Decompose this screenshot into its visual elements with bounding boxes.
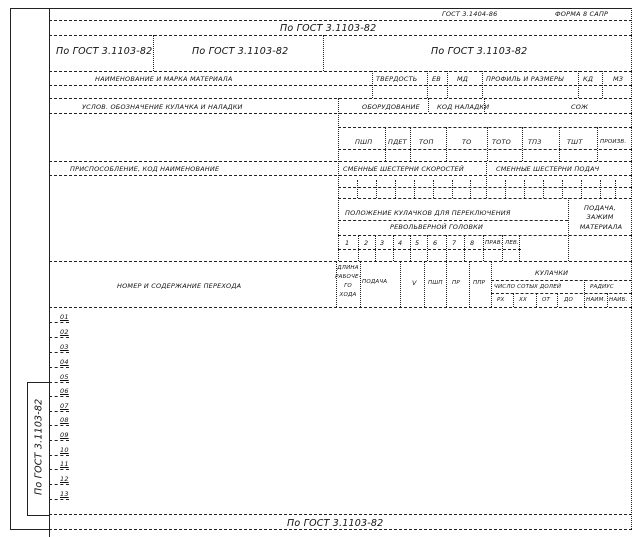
- col-profile: ПРОФИЛЬ И РАЗМЕРЫ: [486, 76, 564, 83]
- divider: [424, 261, 425, 307]
- stroke-length-4: ХОДА: [336, 293, 360, 299]
- divider: [49, 307, 632, 308]
- divider: [338, 249, 521, 250]
- divider: [600, 180, 601, 198]
- row-line: [49, 337, 69, 338]
- divider: [597, 127, 598, 161]
- radius-max: НАИБ.: [609, 298, 628, 304]
- radius-label: РАДИУС: [590, 285, 614, 291]
- row-line: [49, 469, 69, 470]
- row-13: 13: [60, 491, 69, 498]
- pos-left: ЛЕВ.: [505, 241, 519, 247]
- divider: [536, 293, 537, 307]
- divider: [376, 180, 377, 198]
- divider: [375, 235, 376, 261]
- divider: [519, 235, 520, 261]
- divider: [557, 293, 558, 307]
- pos-right: ПРАВ.: [485, 241, 503, 247]
- side-stamp: По ГОСТ 3.1103-82: [34, 388, 44, 506]
- divider: [469, 261, 470, 307]
- divider: [505, 180, 506, 198]
- footer-label: По ГОСТ 3.1103-82: [287, 519, 383, 529]
- divider: [446, 261, 447, 307]
- row-line: [49, 322, 69, 323]
- divider: [581, 180, 582, 198]
- row-line: [49, 455, 69, 456]
- header-cell-c: По ГОСТ 3.1103-82: [431, 47, 527, 57]
- speed-gears-label: СМЕННЫЕ ШЕСТЕРНИ СКОРОСТЕЙ: [343, 166, 464, 173]
- divider: [400, 261, 401, 307]
- divider: [559, 127, 560, 161]
- equipment-label: ОБОРУДОВАНИЕ: [362, 104, 420, 111]
- divider: [410, 127, 411, 161]
- pos-7: 7: [452, 240, 456, 247]
- form-label: ФОРМА 8 САПР: [555, 11, 608, 18]
- right-border: [631, 8, 632, 529]
- divider: [323, 35, 324, 71]
- divider: [446, 127, 447, 161]
- row-line: [49, 382, 69, 383]
- divider: [49, 175, 632, 176]
- divider: [49, 85, 632, 86]
- cam-position-line2: РЕВОЛЬВЕРНОЙ ГОЛОВКИ: [390, 224, 483, 231]
- feed-clamp-3: МАТЕРИАЛА: [572, 224, 630, 231]
- row-line: [49, 396, 69, 397]
- col-md: МД: [457, 76, 468, 83]
- row-08: 08: [60, 417, 69, 424]
- col-hardness: ТВЕРДОСТЬ: [376, 76, 417, 83]
- standard-code: ГОСТ 3.1404-86: [442, 11, 497, 18]
- row-line: [49, 425, 69, 426]
- outer-frame-left: [10, 8, 11, 529]
- divider: [49, 514, 632, 515]
- divider: [464, 235, 465, 261]
- row-line: [49, 367, 69, 368]
- coolant-label: СОЖ: [571, 104, 588, 111]
- cam-position-line1: ПОЛОЖЕНИЕ КУЛАЧКОВ ДЛЯ ПЕРЕКЛЮЧЕНИЯ: [345, 210, 511, 217]
- hundredths-label: ЧИСЛО СОТЫХ ДОЛЕЙ: [494, 285, 561, 291]
- pos-1: 1: [345, 240, 349, 247]
- pshp-label: ПШП: [428, 281, 443, 287]
- header-cell-b: По ГОСТ 3.1103-82: [192, 47, 288, 57]
- col-mz: МЗ: [613, 76, 623, 83]
- radius-min: НАИМ.: [586, 298, 606, 304]
- col-kd: КД: [583, 76, 593, 83]
- divider: [49, 161, 632, 162]
- col-top: ТОП: [419, 139, 434, 146]
- fixture-label: ПРИСПОСОБЛЕНИЕ, КОД НАИМЕНОВАНИЕ: [70, 166, 219, 173]
- divider: [487, 127, 488, 161]
- stroke-length-2: РАБОЧЕ-: [334, 275, 362, 281]
- divider: [153, 35, 154, 71]
- divider: [491, 280, 632, 281]
- row-03: 03: [60, 344, 69, 351]
- divider: [446, 235, 447, 261]
- divider: [414, 180, 415, 198]
- material-label: НАИМЕНОВАНИЕ И МАРКА МАТЕРИАЛА: [95, 76, 232, 83]
- col-pshp: ПШП: [355, 139, 372, 146]
- header-cell-a: По ГОСТ 3.1103-82: [56, 47, 152, 57]
- row-09: 09: [60, 432, 69, 439]
- feed-label: ПОДАЧА: [362, 280, 387, 286]
- divider: [338, 149, 632, 150]
- divider: [357, 180, 358, 198]
- divider: [338, 235, 632, 236]
- divider: [395, 180, 396, 198]
- v-label: V: [412, 280, 417, 287]
- divider: [49, 98, 632, 99]
- divider: [562, 180, 563, 198]
- divider: [513, 293, 514, 307]
- transition-label: НОМЕР И СОДЕРЖАНИЕ ПЕРЕХОДА: [117, 283, 241, 290]
- feed-clamp-2: ЗАЖИМ: [580, 214, 620, 221]
- divider: [484, 98, 485, 112]
- sub-ot: ОТ: [542, 298, 550, 304]
- col-tsht: ТШТ: [567, 139, 583, 146]
- sub-xx: ХХ: [519, 298, 527, 304]
- divider: [338, 198, 632, 199]
- setup-code-label: КОД НАЛАДКИ: [437, 104, 489, 111]
- row-line: [49, 440, 69, 441]
- divider: [543, 180, 544, 198]
- divider: [452, 180, 453, 198]
- feed-clamp-1: ПОДАЧА,: [580, 205, 620, 212]
- divider: [483, 235, 484, 261]
- divider: [49, 113, 632, 114]
- divider: [410, 235, 411, 261]
- divider: [338, 127, 632, 128]
- divider: [358, 235, 359, 261]
- stroke-length-3: ГО: [336, 284, 360, 290]
- divider: [338, 198, 339, 261]
- row-02: 02: [60, 329, 69, 336]
- row-line: [49, 499, 69, 500]
- header-row1: По ГОСТ 3.1103-82: [280, 24, 376, 34]
- divider: [615, 180, 616, 198]
- row-10: 10: [60, 447, 69, 454]
- row-12: 12: [60, 476, 69, 483]
- divider: [568, 198, 569, 261]
- divider: [502, 235, 503, 261]
- divider: [433, 180, 434, 198]
- divider: [393, 235, 394, 261]
- col-tpz: ТПЗ: [528, 139, 542, 146]
- divider: [522, 127, 523, 161]
- divider: [470, 180, 471, 198]
- divider: [607, 293, 608, 307]
- row-06: 06: [60, 388, 69, 395]
- row-07: 07: [60, 403, 69, 410]
- col-toto: ТОТО: [492, 139, 511, 146]
- col-ev: ЕВ: [432, 76, 441, 83]
- divider: [385, 127, 386, 161]
- pos-2: 2: [364, 240, 368, 247]
- feed-gears-label: СМЕННЫЕ ШЕСТЕРНИ ПОДАЧ: [496, 166, 599, 173]
- divider: [428, 98, 429, 112]
- row-05: 05: [60, 374, 69, 381]
- divider: [427, 235, 428, 261]
- divider: [524, 180, 525, 198]
- divider: [49, 71, 632, 72]
- divider: [49, 35, 632, 36]
- row-04: 04: [60, 359, 69, 366]
- divider: [491, 261, 492, 307]
- sub-rx: РХ: [497, 298, 505, 304]
- cam-label: УСЛОВ. ОБОЗНАЧЕНИЕ КУЛАЧКА И НАЛАДКИ: [82, 104, 243, 111]
- divider: [338, 187, 632, 188]
- divider: [486, 161, 487, 198]
- pos-6: 6: [433, 240, 437, 247]
- pos-4: 4: [398, 240, 402, 247]
- top-border: [10, 8, 632, 9]
- col-to: ТО: [462, 139, 472, 146]
- row-01: 01: [60, 314, 69, 321]
- row-line: [49, 352, 69, 353]
- divider: [49, 529, 632, 530]
- stroke-length-1: ДЛИНА: [336, 266, 360, 272]
- divider: [338, 220, 568, 221]
- ppr-label: ППР: [473, 281, 485, 287]
- pos-5: 5: [415, 240, 419, 247]
- col-pdet: ПДЕТ: [388, 139, 407, 146]
- pos-3: 3: [380, 240, 384, 247]
- row-line: [49, 484, 69, 485]
- divider: [49, 261, 632, 262]
- cams-label: КУЛАЧКИ: [535, 270, 568, 277]
- divider: [49, 20, 632, 21]
- pos-8: 8: [470, 240, 474, 247]
- sub-do: ДО: [564, 298, 573, 304]
- divider: [360, 261, 361, 307]
- outer-bottom: [10, 529, 50, 530]
- pr-label: ПР: [452, 281, 460, 287]
- col-proizv: ПРОИЗВ.: [600, 140, 626, 146]
- row-line: [49, 411, 69, 412]
- row-11: 11: [60, 461, 69, 468]
